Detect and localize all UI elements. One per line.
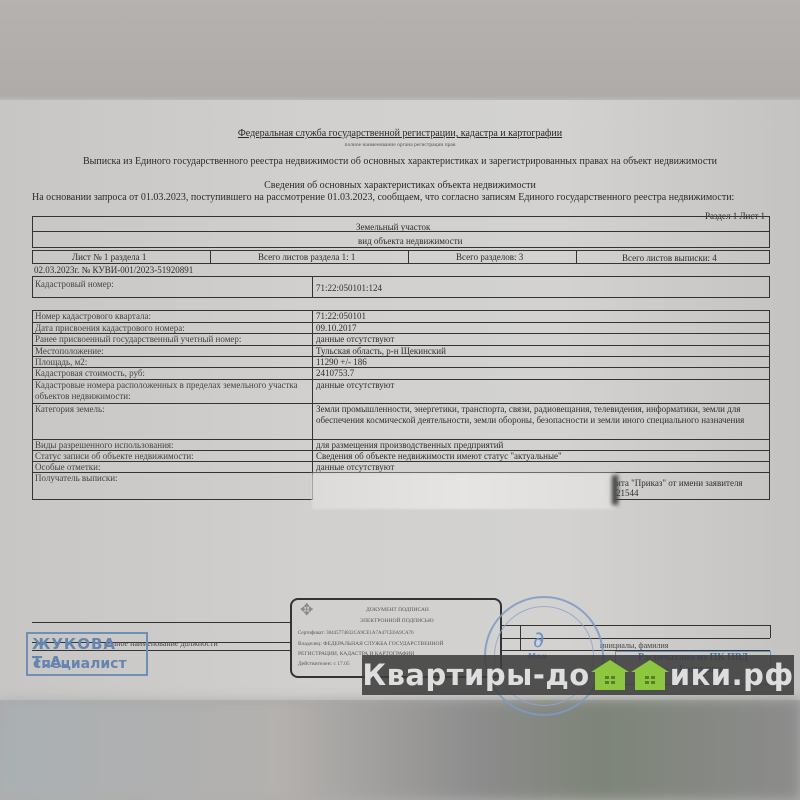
- cadastral-number-value: 71:22:050101:124: [316, 283, 382, 294]
- ecp-cert: Сертификат: 30445774832CA9CE1A7A47CE6A9C…: [298, 631, 414, 636]
- info-title: Сведения об основных характеристиках объ…: [0, 180, 800, 191]
- field-label: Ранее присвоенный государственный учетны…: [35, 334, 305, 345]
- field-label: Статус записи об объекте недвижимости:: [35, 451, 305, 462]
- field-label: Особые отметки:: [35, 462, 305, 473]
- total-sheets-section: Всего листов раздела 1: 1: [258, 252, 355, 263]
- field-label: Местоположение:: [35, 346, 305, 357]
- watermark-text-end: ики.рф: [670, 658, 794, 692]
- house-logo-icon: [631, 660, 669, 690]
- ecp-line1: ДОКУМЕНТ ПОДПИСАН: [366, 607, 429, 613]
- field-value: для размещения производственных предприя…: [316, 440, 764, 451]
- emblem-icon: ✥: [300, 600, 313, 620]
- field-label: Получатель выписки:: [35, 473, 305, 484]
- field-label: Кадастровые номера расположенных в преде…: [35, 380, 305, 401]
- field-value: 11290 +/- 186: [316, 357, 764, 368]
- total-sheets-extract: Всего листов выписки: 4: [622, 253, 717, 264]
- extract-number: 02.03.2023г. № КУВИ-001/2023-51920891: [34, 265, 193, 276]
- divider: [576, 250, 577, 264]
- field-value: 09.10.2017: [316, 323, 764, 334]
- divider: [312, 276, 313, 298]
- extract-title: Выписка из Единого государственного реес…: [0, 156, 800, 167]
- field-value: Тульская область, р-н Щекинский: [316, 346, 764, 357]
- background-surface: [0, 700, 800, 800]
- specialist-stamp: ЖУКОВА Т.А. специалист: [26, 632, 148, 676]
- ecp-line2: ЭЛЕКТРОННОЙ ПОДПИСЬЮ: [360, 618, 434, 624]
- divider: [210, 250, 211, 264]
- field-label: Кадастровая стоимость, руб:: [35, 368, 305, 379]
- field-value: 2410753.7: [316, 368, 764, 379]
- field-value: 21544: [616, 488, 639, 499]
- field-value: Сведения об объекте недвижимости имеют с…: [316, 451, 764, 462]
- field-label: Дата присвоения кадастрового номера:: [35, 323, 305, 334]
- cadastral-number-label: Кадастровый номер:: [35, 279, 114, 290]
- field-label: Категория земель:: [35, 404, 305, 415]
- organization-caption: полное наименование органа регистрации п…: [0, 140, 800, 151]
- field-value: Земли промышленности, энергетики, трансп…: [316, 404, 764, 425]
- redacted-area: [612, 475, 618, 505]
- redacted-area: [312, 473, 616, 509]
- organization-name: Федеральная служба государственной регис…: [0, 128, 800, 139]
- sheet-number: Лист № 1 раздела 1: [72, 252, 146, 263]
- field-label: Виды разрешенного использования:: [35, 440, 305, 451]
- field-value: данные отсутствуют: [316, 334, 764, 345]
- signature-line: [32, 622, 290, 623]
- divider: [408, 250, 409, 264]
- watermark-text-start: Квартиры-до: [362, 658, 589, 692]
- cadastral-number-box: [32, 276, 770, 298]
- ecp-valid: Действителен: с 17.05: [298, 661, 350, 667]
- field-label: Площадь, м2:: [35, 357, 305, 368]
- field-value: 71:22:050101: [316, 311, 764, 322]
- field-value: данные отсутствуют: [316, 380, 764, 391]
- divider: [32, 276, 770, 277]
- initials-caption: инициалы, фамилия: [600, 640, 668, 651]
- divider: [770, 625, 771, 638]
- object-type-caption: вид объекта недвижимости: [358, 236, 462, 247]
- field-value: ита "Приказ" от имени заявителя: [616, 478, 743, 489]
- basis-text: На основании запроса от 01.03.2023, пост…: [32, 192, 734, 203]
- field-value: данные отсутствуют: [316, 462, 764, 473]
- house-logo-icon: [591, 660, 629, 690]
- ecp-owner1: Владелец: ФЕДЕРАЛЬНАЯ СЛУЖБА ГОСУДАРСТВЕ…: [298, 641, 443, 647]
- object-type: Земельный участок: [356, 222, 430, 233]
- total-sections: Всего разделов: 3: [456, 252, 523, 263]
- seal-logo-icon: ∂: [533, 628, 544, 653]
- field-label: Номер кадастрового квартала:: [35, 311, 305, 322]
- stamp-role: специалист: [33, 656, 127, 672]
- watermark: Квартиры-до ики.рф: [362, 655, 794, 695]
